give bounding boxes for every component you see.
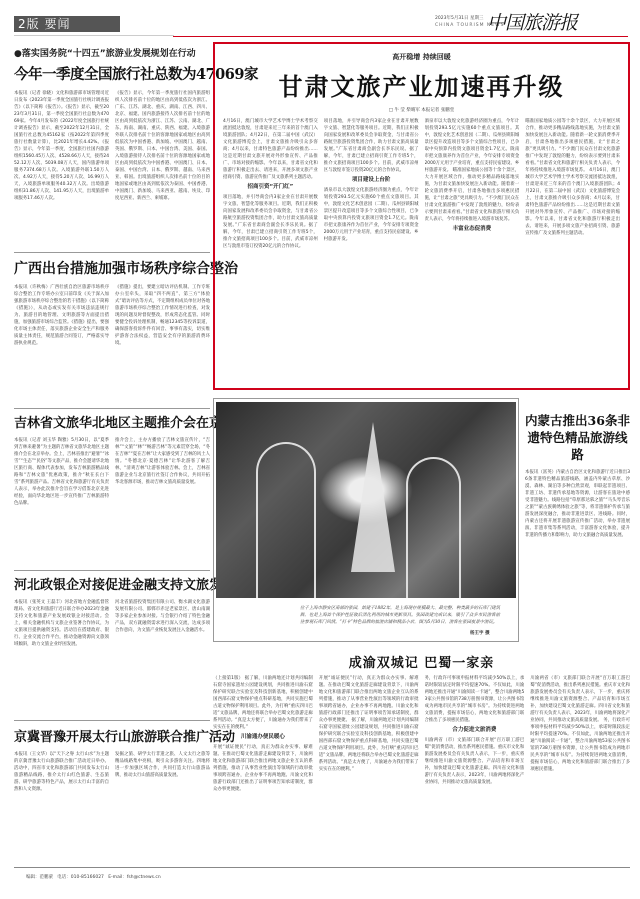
feature-subhead: 项目建设上台阶 (324, 177, 419, 184)
feature-body-col: 瞄准国家地质公园等十余个景区，大力开展区域合作，推动更多精品路线落地实施，为甘肃… (525, 118, 620, 388)
article-divider (14, 570, 210, 571)
article-jilin-promotion: 吉林省文旅华北地区主题推介会在京举办 本报讯（记者 刘玉华 陶雅）5月30日，以… (14, 412, 210, 577)
article-body-col: 川渝两省（市）文旅部门联合开展“百万职工游巴蜀”促消费活动，推出系列惠民措施。重… (530, 675, 630, 870)
article-chengdu-chongqing: 成渝双城记 巴蜀一家亲 （上接第1版） 据了解，川渝两地还计划共同编制石窟寺国家… (213, 652, 630, 870)
article-travel-agency-count: ●落实国务院“十四五”旅游业发展规划在行动 今年一季度全国旅行社总数为47069… (14, 46, 210, 270)
feature-paragraph: 项目落地，并引导商会内3家企业在甘肃开展数字文旅、智慧化等服务项目。近期，我们正… (324, 119, 419, 173)
article-body-col: 务，行政许可事项申报材料平均减少50%以上，承诺时限较法定时限平均提速70%。不… (425, 675, 525, 870)
article-guangxi-market-order: 广西出台措施加强市场秩序综合整治 本报讯（许秋梅）广西壮族自治区旅游市场秩序综合… (14, 258, 210, 414)
article-paragraph: 务，行政许可事项申报材料平均减少50%以上，承诺时限较法定时限平均提速70%。不… (425, 676, 525, 723)
section-tag: 2版 要闻 (14, 16, 120, 32)
article-headline: 河北政银企对接促进金融支持文旅发展 (14, 574, 210, 593)
article-divider (14, 252, 210, 253)
feature-paragraph: 4月16日，澳门城市大学艺术学博士学术考察交流团抵达敦煌，甘肃迎来近三年来的首个… (223, 119, 318, 180)
article-paragraph: 川渝两省（市）文旅部门联合开展“百万职工游巴蜀”促消费活动，推出系列惠民措施。重… (425, 738, 525, 785)
article-body-col: 《报告》显示，今年第一季度旅行社国内旅游组织人次排名前十位的地区由高到低依次为浙… (115, 90, 210, 270)
article-inner-mongolia-routes: 内蒙古推出36条非遗特色精品旅游线路 本报讯（富英）内蒙古自治区文化和旅游厅近日… (525, 412, 630, 689)
article-body-col: 本报讯（张英文 王磊丰）河北省地方金融监督管理局、省文化和旅游厅近日联合举办20… (14, 599, 109, 719)
article-subhead: 合力促进文旅消费 (425, 727, 525, 734)
article-body-col: 河北省旅游投资集团有限公司、衡水湖文化旅游发展有限公司、邯郸市赤足老家景区、唐山… (115, 599, 210, 719)
feature-subhead: 丰富业态促消费 (425, 226, 520, 233)
feature-body-col: 酒泉市以大敦煌文化旅游经济圈为重点，今年计划投资293.5亿元实施60个重点文旅… (425, 118, 520, 388)
feature-paragraph: 酒泉市以大敦煌文化旅游经济圈为重点，今年计划投资293.5亿元实施60个重点文旅… (425, 119, 520, 173)
masthead-red-rule (173, 36, 628, 37)
article-headline: 吉林省文旅华北地区主题推介会在京举办 (14, 412, 210, 431)
masthead: 2版 要闻 2023年5月31日 星期三 CHINA TOURISM NEWS … (0, 0, 640, 40)
footer-email: E-mail：fsh@ctnews.cn (108, 875, 161, 880)
article-body-col: 推介会上，主办方播放了吉林文旅宣传片，“吉林”“文旅”“林”“畅游吉林”等元素贯… (115, 437, 210, 577)
photo-arch-left (256, 442, 316, 598)
feature-kicker: 高开稳增 持续回暖 (223, 52, 620, 62)
article-body-col: 《措施》提出，要建立暗访评估机制。工作专班办公室牵头，采取“四不两直”、第三方“… (115, 284, 210, 414)
footer-phone: 电话：010-85166027 (57, 875, 104, 880)
article-body-col: 本报讯（许秋梅）广西壮族自治区旅游市场秩序综合整治工作专班办公室日前印发《关于深… (14, 284, 109, 414)
photo-arch-right (406, 457, 461, 598)
feature-gansu-tourism: 高开稳增 持续回暖 甘肃文旅产业加速再升级 □ 牛 莹 柴晴军 本报记者 张鹏堂… (213, 42, 630, 390)
article-body-col: 本报讯（记者 徐晓）文化和旅游部市场管理司近日发布《2023年第一季度全国旅行社… (14, 90, 109, 270)
article-headline: 内蒙古推出36条非遗特色精品旅游线路 (525, 412, 630, 463)
news-photo (216, 402, 516, 598)
feature-paragraph: 项目落地，并引导商会内3家企业在甘肃开展数字文旅、智慧化等服务项目。近期，我们正… (223, 195, 318, 249)
article-paragraph: 据了解，川渝两地还计划共同编制石窟寺国家遗址公园建设规划，共同推进川渝石窟保护研… (319, 718, 419, 772)
article-body-col: 本报讯（王文华）以“天下之脊 太行山水”为主题的京冀晋豫太行山旅游联合推广活动近… (14, 751, 109, 866)
article-headline: 今年一季度全国旅行社总数为47069家 (14, 63, 210, 84)
article-headline: 成渝双城记 巴蜀一家亲 (213, 652, 630, 671)
article-headline: 京冀晋豫开展太行山旅游联合推广活动 (14, 726, 210, 745)
article-body-col: 本报讯（记者 刘玉华 陶雅）5月30日，以“夏季到吉林来避暑”为主题的吉林省文旅… (14, 437, 109, 577)
feature-paragraph: 瞄准国家地质公园等十余个景区，大力开展区域合作，推动更多精品路线落地实施，为甘肃… (425, 168, 520, 222)
continued-note: （上接第1版） (213, 676, 243, 681)
photo-light-tree (351, 422, 395, 572)
article-paragraph: 川渝两省（市）文旅部门联合开展“百万职工游巴蜀”促消费活动，推出系列惠民措施。重… (530, 676, 630, 723)
article-paragraph: 务，行政许可事项申报材料平均减少50%以上，承诺时限较法定时限平均提速70%。不… (530, 718, 630, 772)
photo-credit: 杨王宇 摄 (470, 630, 490, 636)
footer-divider (14, 867, 630, 868)
footer-editor: 编辑：范鹏蒙 (26, 875, 53, 880)
photo-caption: 位于上海市静安区南部的张园，始建于1882年，是上海现存规模最大、最完整、种类最… (300, 605, 500, 626)
page-footer: 编辑：范鹏蒙 电话：010-85166027 E-mail：fsh@ctnews… (26, 874, 161, 880)
article-body-col: 开展“诚证便民”行动，真正为群众办实事、解难题。在推动巴蜀文化旅游走廊建设背景下… (319, 675, 419, 870)
date-text: 2023年5月31日 星期三 (435, 16, 483, 21)
article-paragraph: 开展“诚证便民”行动，真正为群众办实事、解难题。在推动巴蜀文化旅游走廊建设背景下… (213, 745, 313, 792)
article-paragraph: 据了解，川渝两地还计划共同编制石窟寺国家遗址公园建设规划，共同推进川渝石窟保护研… (213, 676, 313, 730)
paper-logo: 中国旅游报 (487, 8, 577, 35)
article-body-col: （上接第1版） 据了解，川渝两地还计划共同编制石窟寺国家遗址公园建设规划，共同推… (213, 675, 313, 870)
feature-byline: □ 牛 莹 柴晴军 本报记者 张鹏堂 (223, 107, 620, 113)
feature-headline: 甘肃文旅产业加速再升级 (223, 67, 620, 102)
article-subhead: 川渝通办便民暖心 (213, 734, 313, 741)
feature-body-col: 4月16日，澳门城市大学艺术学博士学术考察交流团抵达敦煌，甘肃迎来近三年来的首个… (223, 118, 318, 388)
feature-paragraph: 瞄准国家地质公园等十余个景区，大力开展区域合作，推动更多精品路线落地实施，为甘肃… (525, 119, 620, 173)
article-paragraph: 开展“诚证便民”行动，真正为群众办实事、解难题。在推动巴蜀文化旅游走廊建设背景下… (319, 676, 419, 723)
masthead-divider (14, 35, 174, 36)
article-divider (14, 408, 210, 409)
article-divider (14, 720, 210, 721)
article-kicker: ●落实国务院“十四五”旅游业发展规划在行动 (14, 46, 210, 59)
feature-paragraph: 4月16日，澳门城市大学艺术学博士学术考察交流团抵达敦煌，甘肃迎来近三年来的首个… (525, 168, 620, 236)
article-body-col: 发掘之旅、研学太行非遗之旅、人文太行之旅等精品线路集中亮相，吸引众多游客关注。四… (115, 751, 210, 866)
feature-paragraph: 酒泉市以大敦煌文化旅游经济圈为重点，今年计划投资293.5亿元实施60个重点文旅… (324, 188, 419, 242)
article-headline: 广西出台措施加强市场秩序综合整治 (14, 258, 210, 278)
article-hebei-finance: 河北政银企对接促进金融支持文旅发展 本报讯（张英文 王磊丰）河北省地方金融监督管… (14, 574, 210, 719)
article-taihang-promotion: 京冀晋豫开展太行山旅游联合推广活动 本报讯（王文华）以“天下之脊 太行山水”为主… (14, 726, 210, 866)
feature-subhead: 招商引资“开门红” (223, 184, 318, 191)
feature-body-col: 项目落地，并引导商会内3家企业在甘肃开展数字文旅、智慧化等服务项目。近期，我们正… (324, 118, 419, 388)
